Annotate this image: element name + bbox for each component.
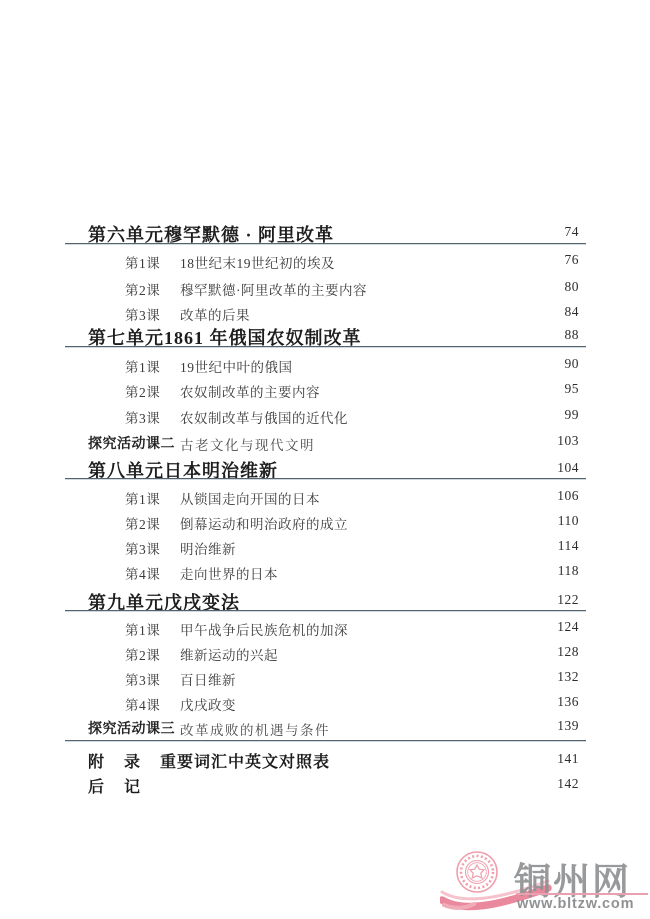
page-number: 90 — [565, 356, 580, 372]
section-rule — [65, 740, 586, 741]
section-rule — [65, 346, 586, 347]
lesson-label: 第2课 — [125, 644, 160, 664]
lesson-label: 第3课 — [125, 538, 160, 558]
page-number: 103 — [557, 433, 579, 449]
lesson-title: 甲午战争后民族危机的加深 — [180, 619, 348, 639]
toc-unit-row: 第八单元 日本明治维新 104 — [65, 457, 586, 477]
lesson-label: 第1课 — [125, 619, 160, 639]
toc-lesson-row: 第2课 农奴制改革的主要内容 95 — [65, 381, 586, 397]
lesson-title: 戊戌政变 — [180, 694, 236, 714]
appendix-title: 重要词汇中英文对照表 — [160, 749, 330, 772]
unit-title: 戊戌变法 — [164, 589, 240, 615]
activity-title: 改革成败的机遇与条件 — [180, 719, 330, 739]
lesson-label: 第3课 — [125, 669, 160, 689]
page-number: 118 — [558, 563, 579, 579]
lesson-title: 倒幕运动和明治政府的成立 — [180, 513, 348, 533]
toc-lesson-row: 第2课 穆罕默德·阿里改革的主要内容 80 — [65, 279, 586, 295]
toc-lesson-row: 第3课 农奴制改革与俄国的近代化 99 — [65, 407, 586, 423]
toc-lesson-row: 第2课 倒幕运动和明治政府的成立 110 — [65, 513, 586, 529]
toc-lesson-row: 第1课 18世纪末19世纪初的埃及 76 — [65, 252, 586, 268]
lesson-label: 第4课 — [125, 563, 160, 583]
toc-epilogue-row: 后 记 142 — [65, 774, 586, 792]
toc-lesson-row: 第4课 戊戌政变 136 — [65, 694, 586, 710]
lesson-label: 第3课 — [125, 304, 160, 324]
epilogue-label: 后 记 — [88, 774, 142, 797]
toc-lesson-row: 第3课 百日维新 132 — [65, 669, 586, 685]
lesson-label: 第1课 — [125, 252, 160, 272]
activity-title: 古老文化与现代文明 — [180, 434, 315, 454]
page-number: 128 — [557, 644, 579, 660]
lesson-title: 维新运动的兴起 — [180, 644, 278, 664]
lesson-title: 19世纪中叶的俄国 — [180, 356, 293, 376]
lesson-label: 第1课 — [125, 488, 160, 508]
toc-lesson-row: 第3课 明治维新 114 — [65, 538, 586, 554]
toc-lesson-row: 第1课 甲午战争后民族危机的加深 124 — [65, 619, 586, 635]
page-number: 114 — [558, 538, 579, 554]
lesson-title: 18世纪末19世纪初的埃及 — [180, 252, 335, 272]
lesson-label: 第1课 — [125, 356, 160, 376]
toc-lesson-row: 第1课 从锁国走向开国的日本 106 — [65, 488, 586, 504]
lesson-title: 从锁国走向开国的日本 — [180, 488, 320, 508]
toc-lesson-row: 第1课 19世纪中叶的俄国 90 — [65, 356, 586, 372]
lesson-title: 穆罕默德·阿里改革的主要内容 — [180, 279, 367, 299]
page-number: 141 — [557, 751, 579, 767]
toc-activity-row: 探究活动课三 改革成败的机遇与条件 139 — [65, 718, 586, 735]
watermark-underline — [516, 893, 648, 895]
page-number: 88 — [565, 327, 580, 343]
watermark-site-url: www.bltzw.com — [517, 896, 634, 912]
toc-unit-row: 第六单元 穆罕默德 · 阿里改革 74 — [65, 221, 586, 241]
toc-activity-row: 探究活动课二 古老文化与现代文明 103 — [65, 433, 586, 450]
scanned-toc-page: { "toc": { "rows": [ { "type": "unit", "… — [0, 0, 650, 919]
activity-label: 探究活动课三 — [88, 718, 175, 738]
page-number: 124 — [557, 619, 579, 635]
lesson-label: 第2课 — [125, 513, 160, 533]
page-number: 106 — [557, 488, 579, 504]
page-number: 132 — [557, 669, 579, 685]
page-number: 84 — [565, 304, 580, 320]
page-number: 76 — [565, 252, 580, 268]
page-number: 110 — [558, 513, 579, 529]
section-rule — [65, 478, 586, 479]
unit-label: 第八单元 — [88, 457, 164, 483]
page-number: 104 — [557, 460, 579, 476]
site-watermark: 铜州网 www.bltzw.com — [440, 843, 650, 915]
activity-label: 探究活动课二 — [88, 433, 175, 453]
lesson-label: 第3课 — [125, 407, 160, 427]
toc-lesson-row: 第4课 走向世界的日本 118 — [65, 563, 586, 579]
lesson-title: 明治维新 — [180, 538, 236, 558]
lesson-title: 百日维新 — [180, 669, 236, 689]
page-number: 122 — [557, 592, 579, 608]
lesson-title: 农奴制改革与俄国的近代化 — [180, 407, 348, 427]
page-number: 99 — [565, 407, 580, 423]
page-number: 142 — [557, 776, 579, 792]
toc-unit-row: 第七单元 1861 年俄国农奴制改革 88 — [65, 324, 586, 344]
page-number: 80 — [565, 279, 580, 295]
toc-lesson-row: 第3课 改革的后果 84 — [65, 304, 586, 320]
toc-appendix-row: 附 录 重要词汇中英文对照表 141 — [65, 749, 586, 767]
toc-unit-row: 第九单元 戊戌变法 122 — [65, 589, 586, 609]
unit-label: 第九单元 — [88, 589, 164, 615]
lesson-label: 第2课 — [125, 381, 160, 401]
lesson-label: 第2课 — [125, 279, 160, 299]
page-number: 139 — [557, 718, 579, 734]
page-number: 95 — [565, 381, 580, 397]
lesson-title: 改革的后果 — [180, 304, 250, 324]
lesson-title: 走向世界的日本 — [180, 563, 278, 583]
page-number: 136 — [557, 694, 579, 710]
lesson-label: 第4课 — [125, 694, 160, 714]
table-of-contents: 第六单元 穆罕默德 · 阿里改革 74 第1课 18世纪末19世纪初的埃及 76… — [65, 0, 586, 919]
section-rule — [65, 243, 586, 244]
section-rule — [65, 610, 586, 611]
toc-lesson-row: 第2课 维新运动的兴起 128 — [65, 644, 586, 660]
appendix-label: 附 录 — [88, 749, 142, 772]
page-number: 74 — [565, 224, 580, 240]
lesson-title: 农奴制改革的主要内容 — [180, 381, 320, 401]
unit-title: 日本明治维新 — [164, 457, 278, 483]
